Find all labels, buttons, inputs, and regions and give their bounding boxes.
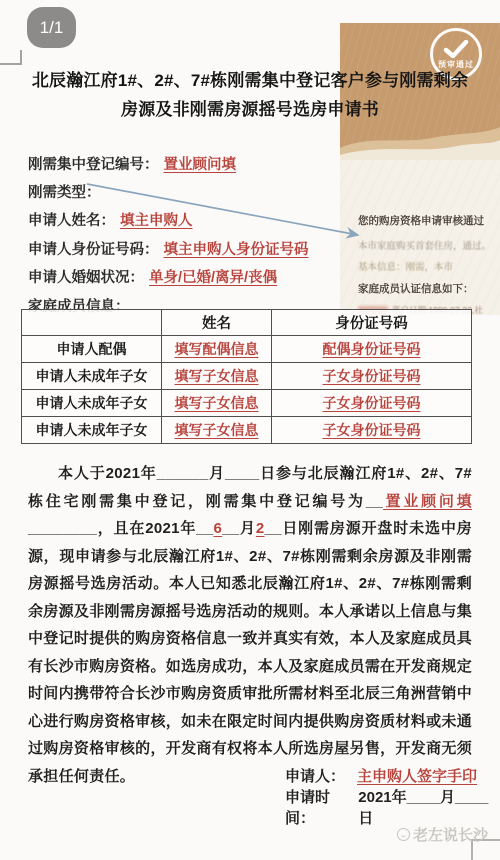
date-label: 申请时间：	[285, 786, 358, 828]
document-page: 预审通过 您的购房资格申请审核通过 本市家庭购买首套住房，通过。 基本信息：刚需…	[0, 0, 500, 860]
declaration-paragraph: 本人于2021年______月____日参与北辰瀚江府1#、2#、7#栋住宅刚需…	[28, 460, 472, 790]
certificate-members-line: 家庭成员认证信息如下：	[358, 281, 500, 296]
table-row: 申请人未成年子女 填写子女信息 子女身份证号码	[22, 363, 472, 390]
table-header-row: 姓名 身份证号码	[22, 310, 472, 336]
form-field-marital-status: 申请人婚姻状况： 单身/已婚/离异/丧偶	[28, 263, 309, 291]
table-row: 申请人未成年子女 填写子女信息 子女身份证号码	[22, 417, 472, 444]
page-title: 北辰瀚江府1#、2#、7#栋刚需集中登记客户参与刚需剩余 房源及非刚需房源摇号选…	[0, 66, 500, 124]
form-field-registration-no: 刚需集中登记编号： 置业顾问填	[28, 149, 309, 177]
certificate-title: 您的购房资格申请审核通过	[358, 213, 500, 228]
header-blank	[22, 310, 162, 336]
certificate-result-line: 本市家庭购买首套住房，通过。	[358, 238, 500, 252]
table-row: 申请人配偶 填写配偶信息 配偶身份证号码	[22, 336, 472, 363]
date-value: 2021年____月____日	[358, 786, 500, 828]
corner-crop-mark-top-left	[0, 50, 22, 65]
page-indicator: 1/1	[27, 7, 76, 48]
annotation-arrow-icon	[82, 176, 374, 246]
application-date-line: 申请时间： 2021年____月____日	[285, 791, 500, 822]
header-name: 姓名	[162, 310, 272, 336]
table-row: 申请人未成年子女 填写子女信息 子女身份证号码	[22, 390, 472, 417]
laozuo-logo-icon	[397, 828, 410, 841]
wave-decoration	[340, 118, 500, 160]
watermark-text: 老左说长沙	[413, 824, 488, 845]
page-title-line1: 北辰瀚江府1#、2#、7#栋刚需集中登记客户参与刚需剩余	[0, 66, 500, 95]
applicant-signature-hint: 主申购人签字手印	[357, 765, 477, 786]
check-icon	[443, 40, 469, 58]
watermark: 老左说长沙	[397, 824, 488, 845]
page-title-line2: 房源及非刚需房源摇号选房申请书	[0, 95, 500, 124]
family-members-table: 姓名 身份证号码 申请人配偶 填写配偶信息 配偶身份证号码 申请人未成年子女 填…	[21, 309, 472, 444]
header-id-number: 身份证号码	[272, 310, 472, 336]
signature-block: 申请人： 主申购人签字手印 申请时间： 2021年____月____日	[285, 760, 500, 822]
applicant-label: 申请人：	[285, 765, 345, 786]
certificate-basic-info: 基本信息：刚需，本市	[358, 259, 500, 273]
